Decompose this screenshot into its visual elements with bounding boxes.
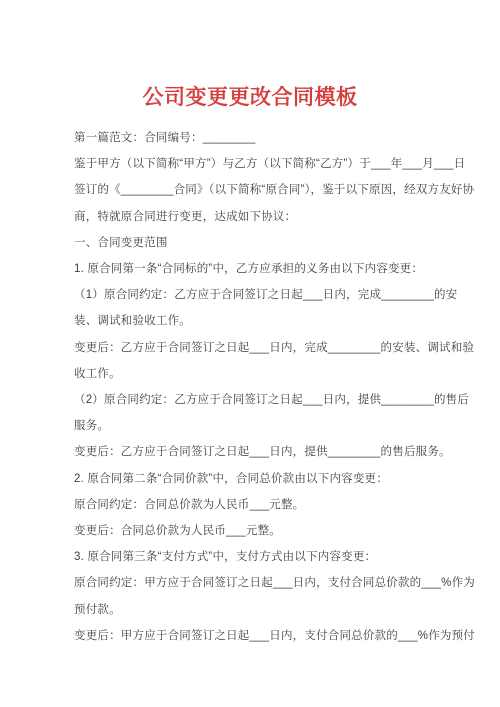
text-line: 预付款。 <box>74 597 480 623</box>
text-line: 服务。 <box>74 413 480 439</box>
text-line: （2）原合同约定：乙方应于合同签订之日起___日内，提供________的售后 <box>74 387 480 413</box>
text-line: 收工作。 <box>74 361 480 387</box>
text-line: 变更后：甲方应于合同签订之日起___日内，支付合同总价款的___%作为预付 <box>74 623 480 649</box>
text-line: 第一篇范文：合同编号：________ <box>74 125 480 151</box>
text-line: 变更后：合同总价款为人民币___元整。 <box>74 518 480 544</box>
document-page: 公司变更更改合同模板 第一篇范文：合同编号：________鉴于甲方（以下简称“… <box>0 0 500 707</box>
text-line: 2. 原合同第二条“合同价款”中，合同总价款由以下内容变更： <box>74 466 480 492</box>
text-line: 3. 原合同第三条“支付方式”中，支付方式由以下内容变更： <box>74 544 480 570</box>
text-line: （1）原合同约定：乙方应于合同签订之日起___日内，完成________的安 <box>74 282 480 308</box>
text-line: 原合同约定：合同总价款为人民币___元整。 <box>74 492 480 518</box>
text-line: 一、合同变更范围 <box>74 230 480 256</box>
text-line: 商，特就原合同进行变更，达成如下协议： <box>74 204 480 230</box>
text-line: 签订的《________合同》（以下简称“原合同”），鉴于以下原因，经双方友好协 <box>74 177 480 203</box>
document-body: 第一篇范文：合同编号：________鉴于甲方（以下简称“甲方”）与乙方（以下简… <box>0 125 500 649</box>
text-line: 变更后：乙方应于合同签订之日起___日内，提供________的售后服务。 <box>74 439 480 465</box>
text-line: 1. 原合同第一条“合同标的”中，乙方应承担的义务由以下内容变更： <box>74 256 480 282</box>
page-title: 公司变更更改合同模板 <box>0 84 500 111</box>
text-line: 原合同约定：甲方应于合同签订之日起___日内，支付合同总价款的___%作为 <box>74 570 480 596</box>
text-line: 装、调试和验收工作。 <box>74 308 480 334</box>
text-line: 鉴于甲方（以下简称“甲方”）与乙方（以下简称“乙方”）于___年___月___日 <box>74 151 480 177</box>
text-line: 变更后：乙方应于合同签订之日起___日内，完成________的安装、调试和验 <box>74 335 480 361</box>
